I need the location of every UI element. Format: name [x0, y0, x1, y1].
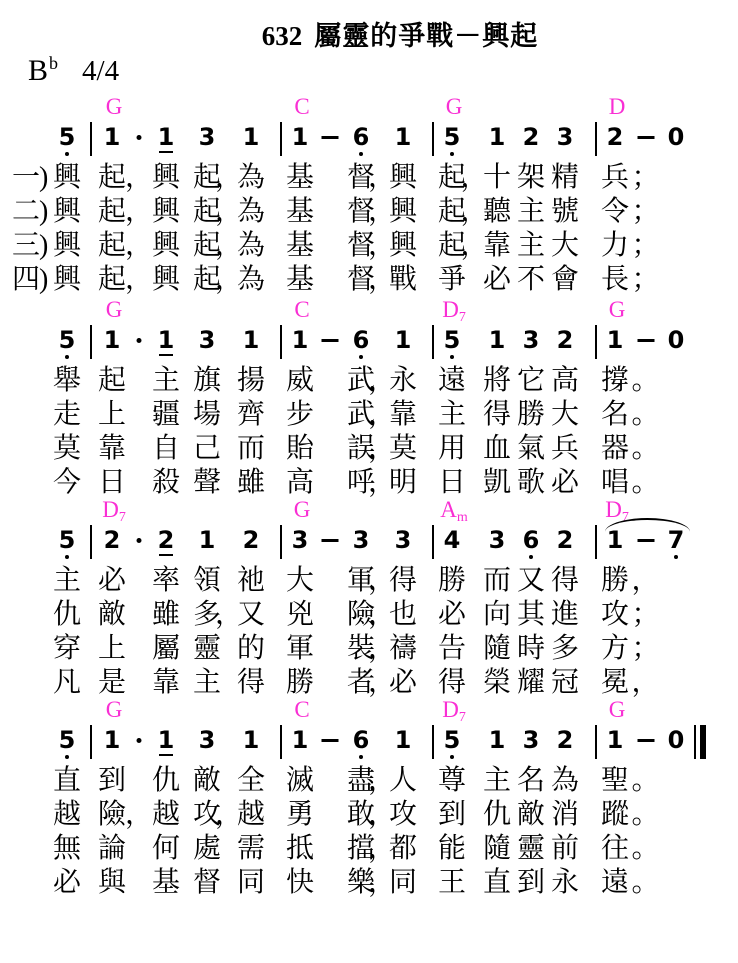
lyric-syllable: 時	[517, 633, 545, 665]
eighth-underline	[159, 354, 173, 356]
chord: G	[294, 498, 311, 521]
low-octave-dot	[65, 555, 69, 559]
lyric-syllable: 冕	[601, 667, 629, 699]
lyric-syllable: 靠	[98, 433, 126, 465]
lyric-punctuation: 。	[632, 365, 660, 397]
lyric-syllable: 興	[53, 264, 81, 296]
lyric-punctuation: ，	[125, 799, 153, 831]
lyric-syllable: 必	[483, 264, 511, 296]
lyric-syllable: 興	[389, 162, 417, 194]
hymn-title-text: 屬靈的爭戰－興起	[314, 21, 538, 51]
low-octave-dot	[450, 355, 454, 359]
note: 1	[197, 528, 217, 552]
lyric-syllable: 今	[53, 467, 81, 499]
chord-root: G	[609, 297, 626, 322]
lyric-syllable: 禱	[389, 633, 417, 665]
lyric-syllable: 興	[53, 162, 81, 194]
lyric-syllable: 興	[389, 230, 417, 262]
note: 5	[442, 125, 462, 149]
barline	[90, 725, 92, 759]
key-signature: Bb4/4	[28, 54, 119, 88]
note: 1	[241, 328, 261, 352]
note: 4	[442, 528, 462, 552]
lyric-syllable: 精	[551, 162, 579, 194]
lyric-syllable: 架	[517, 162, 545, 194]
lyric-syllable: 靈	[517, 833, 545, 865]
note: 2	[555, 328, 575, 352]
lyric-syllable: 而	[483, 565, 511, 597]
lyric-syllable: 力	[601, 230, 629, 262]
note: 3	[393, 528, 413, 552]
note: 2	[605, 125, 625, 149]
lyric-syllable: 基	[286, 230, 314, 262]
chord: G	[609, 298, 626, 321]
lyric-syllable: 與	[98, 867, 126, 899]
lyric-syllable: 高	[551, 365, 579, 397]
rest-note: 0	[666, 728, 686, 752]
lyric-syllable: 攻	[389, 799, 417, 831]
lyric-syllable: 得	[551, 565, 579, 597]
note: 3	[197, 728, 217, 752]
lyric-syllable: 起	[98, 230, 126, 262]
lyric-syllable: 又	[517, 565, 545, 597]
lyric-syllable: 撐	[601, 365, 629, 397]
note: 6	[351, 125, 371, 149]
lyric-syllable: 步	[286, 399, 314, 431]
lyric-syllable: 唱	[601, 467, 629, 499]
lyric-syllable: 率	[152, 565, 180, 597]
lyric-syllable: 耀	[517, 667, 545, 699]
duration-dash	[322, 739, 339, 742]
lyric-syllable: 都	[389, 833, 417, 865]
lyric-syllable: 兵	[601, 162, 629, 194]
lyric-syllable: 無	[53, 833, 81, 865]
note: 3	[197, 125, 217, 149]
lyric-syllable: 屬	[152, 633, 180, 665]
barline	[432, 122, 434, 156]
chord: Am	[440, 498, 468, 525]
lyric-syllable: 榮	[483, 667, 511, 699]
lyric-syllable: 莫	[53, 433, 81, 465]
duration-dash	[322, 539, 339, 542]
lyric-syllable: 靠	[483, 230, 511, 262]
lyric-syllable: 王	[438, 867, 466, 899]
lyric-punctuation: 。	[632, 467, 660, 499]
lyric-syllable: 聖	[601, 765, 629, 797]
low-octave-dot	[65, 755, 69, 759]
lyric-syllable: 告	[438, 633, 466, 665]
lyric-syllable: 起	[98, 196, 126, 228]
barline	[90, 325, 92, 359]
lyric-syllable: 上	[98, 633, 126, 665]
lyric-syllable: 明	[389, 467, 417, 499]
lyric-syllable: 用	[438, 433, 466, 465]
lyric-syllable: 殺	[152, 467, 180, 499]
chord-root: D	[442, 297, 459, 322]
chord-root: D	[609, 94, 626, 119]
lyric-punctuation: ，	[632, 565, 660, 597]
note: 1	[290, 125, 310, 149]
eighth-underline	[159, 151, 173, 153]
lyric-punctuation: ；	[632, 230, 660, 262]
lyric-syllable: 越	[152, 799, 180, 831]
note: 2	[521, 125, 541, 149]
lyric-syllable: 起	[98, 365, 126, 397]
note: 1	[605, 328, 625, 352]
lyric-punctuation: 。	[632, 833, 660, 865]
chord: G	[106, 698, 123, 721]
note: 1	[290, 728, 310, 752]
lyric-syllable: 主	[53, 565, 81, 597]
lyric-syllable: 戰	[389, 264, 417, 296]
lyric-syllable: 名	[517, 765, 545, 797]
chord: G	[446, 95, 463, 118]
note: 2	[241, 528, 261, 552]
note: 6	[521, 528, 541, 552]
lyric-punctuation: ；	[632, 599, 660, 631]
low-octave-dot	[674, 555, 678, 559]
lyric-syllable: 到	[98, 765, 126, 797]
lyric-syllable: 基	[286, 196, 314, 228]
lyric-syllable: 興	[152, 264, 180, 296]
hymn-sheet-page: 632屬靈的爭戰－興起 Bb4/4 GCGD51131161512320一)興起…	[0, 0, 738, 963]
stanza-number: 四)	[12, 264, 47, 296]
lyric-syllable: 越	[237, 799, 265, 831]
lyric-syllable: 仇	[152, 765, 180, 797]
note: 2	[156, 528, 176, 552]
lyric-syllable: 尊	[438, 765, 466, 797]
lyric-syllable: 爭	[438, 264, 466, 296]
lyric-syllable: 兵	[551, 433, 579, 465]
lyric-syllable: 方	[601, 633, 629, 665]
rest-note: 0	[666, 328, 686, 352]
lyric-syllable: 名	[601, 399, 629, 431]
lyric-syllable: 興	[152, 230, 180, 262]
lyric-syllable: 主	[193, 667, 221, 699]
lyric-syllable: 基	[286, 162, 314, 194]
lyric-syllable: 攻	[601, 599, 629, 631]
low-octave-dot	[65, 355, 69, 359]
lyric-syllable: 敵	[517, 799, 545, 831]
lyric-syllable: 向	[483, 599, 511, 631]
lyric-syllable: 雖	[237, 467, 265, 499]
lyric-syllable: 敵	[98, 599, 126, 631]
chord: C	[294, 95, 309, 118]
barline	[280, 725, 282, 759]
note: 6	[351, 728, 371, 752]
lyric-punctuation: ；	[632, 264, 660, 296]
rest-note: 0	[666, 125, 686, 149]
eighth-underline	[159, 554, 173, 556]
lyric-punctuation: 。	[632, 399, 660, 431]
barline	[432, 325, 434, 359]
lyric-syllable: 大	[551, 230, 579, 262]
low-octave-dot	[359, 755, 363, 759]
lyric-syllable: 場	[193, 399, 221, 431]
lyric-syllable: 穿	[53, 633, 81, 665]
lyric-syllable: 主	[483, 765, 511, 797]
lyric-syllable: 莫	[389, 433, 417, 465]
time-signature: 4/4	[82, 55, 119, 87]
lyric-syllable: 靈	[193, 633, 221, 665]
note: 5	[442, 328, 462, 352]
lyric-syllable: 隨	[483, 633, 511, 665]
lyric-syllable: 敵	[193, 765, 221, 797]
lyric-syllable: 會	[551, 264, 579, 296]
note: 5	[57, 328, 77, 352]
lyric-syllable: 氣	[517, 433, 545, 465]
note: 2	[555, 728, 575, 752]
lyric-syllable: 需	[237, 833, 265, 865]
lyric-syllable: 抵	[286, 833, 314, 865]
lyric-syllable: 滅	[286, 765, 314, 797]
lyric-syllable: 興	[53, 230, 81, 262]
lyric-syllable: 靠	[152, 667, 180, 699]
barline	[90, 122, 92, 156]
note: 1	[393, 728, 413, 752]
lyric-syllable: 領	[193, 565, 221, 597]
chord-quality-sub: 7	[119, 510, 126, 525]
chord: G	[106, 95, 123, 118]
lyric-syllable: 將	[483, 365, 511, 397]
barline	[432, 725, 434, 759]
barline	[595, 325, 597, 359]
note: 1	[241, 728, 261, 752]
lyric-syllable: 興	[152, 162, 180, 194]
lyric-syllable: 遠	[438, 365, 466, 397]
lyric-syllable: 到	[517, 867, 545, 899]
note: 1	[241, 125, 261, 149]
note: 1	[102, 728, 122, 752]
chord-quality-sub: 7	[459, 710, 466, 725]
chord-root: G	[106, 297, 123, 322]
lyric-syllable: 它	[517, 365, 545, 397]
lyric-syllable: 仇	[53, 599, 81, 631]
lyric-syllable: 得	[438, 667, 466, 699]
lyric-syllable: 必	[98, 565, 126, 597]
chord-root: G	[106, 94, 123, 119]
barline	[595, 725, 597, 759]
chord-root: A	[440, 497, 457, 522]
note: 1	[102, 125, 122, 149]
barline	[595, 525, 597, 559]
chord-root: G	[294, 497, 311, 522]
lyric-syllable: 己	[193, 433, 221, 465]
lyric-syllable: 勝	[286, 667, 314, 699]
key-accidental-flat: b	[49, 53, 58, 73]
lyric-syllable: 多	[551, 633, 579, 665]
lyric-syllable: 日	[438, 467, 466, 499]
duration-dash	[638, 136, 655, 139]
lyric-syllable: 凱	[483, 467, 511, 499]
chord-root: C	[294, 697, 309, 722]
duration-dash	[638, 339, 655, 342]
note: 1	[290, 328, 310, 352]
lyric-syllable: 不	[517, 264, 545, 296]
augmentation-dot	[137, 538, 142, 543]
hymn-number: 632	[262, 21, 303, 51]
lyric-punctuation: ；	[632, 633, 660, 665]
note: 1	[102, 328, 122, 352]
lyric-syllable: 遠	[601, 867, 629, 899]
lyric-punctuation: ，	[632, 667, 660, 699]
lyric-syllable: 上	[98, 399, 126, 431]
lyric-syllable: 越	[53, 799, 81, 831]
note: 2	[555, 528, 575, 552]
lyric-syllable: 往	[601, 833, 629, 865]
note: 2	[102, 528, 122, 552]
note: 6	[351, 328, 371, 352]
low-octave-dot	[450, 755, 454, 759]
lyric-syllable: 處	[193, 833, 221, 865]
lyric-syllable: 軍	[286, 633, 314, 665]
lyric-syllable: 隨	[483, 833, 511, 865]
stanza-number: 一)	[12, 162, 47, 194]
low-octave-dot	[529, 555, 533, 559]
lyric-syllable: 主	[517, 196, 545, 228]
lyric-syllable: 興	[389, 196, 417, 228]
lyric-syllable: 蹤	[601, 799, 629, 831]
lyric-syllable: 高	[286, 467, 314, 499]
chord-root: D	[605, 497, 622, 522]
lyric-syllable: 為	[237, 196, 265, 228]
lyric-punctuation: ，	[125, 264, 153, 296]
note: 1	[487, 125, 507, 149]
lyric-syllable: 直	[483, 867, 511, 899]
low-octave-dot	[359, 355, 363, 359]
chord-root: D	[102, 497, 119, 522]
lyric-syllable: 走	[53, 399, 81, 431]
lyric-syllable: 祂	[237, 565, 265, 597]
lyric-syllable: 起	[98, 264, 126, 296]
lyric-syllable: 全	[237, 765, 265, 797]
lyric-syllable: 勝	[517, 399, 545, 431]
lyric-syllable: 督	[193, 867, 221, 899]
lyric-punctuation: 。	[632, 867, 660, 899]
lyric-syllable: 興	[53, 196, 81, 228]
lyric-syllable: 聽	[483, 196, 511, 228]
lyric-syllable: 基	[286, 264, 314, 296]
lyric-syllable: 基	[152, 867, 180, 899]
key-letter: B	[28, 54, 48, 87]
lyric-syllable: 論	[98, 833, 126, 865]
lyric-syllable: 消	[551, 799, 579, 831]
lyric-punctuation: ，	[125, 196, 153, 228]
lyric-syllable: 歌	[517, 467, 545, 499]
note: 1	[156, 125, 176, 149]
lyric-syllable: 令	[601, 196, 629, 228]
note: 1	[156, 328, 176, 352]
barline	[280, 525, 282, 559]
lyric-syllable: 揚	[237, 365, 265, 397]
chord-root: G	[446, 94, 463, 119]
lyric-syllable: 何	[152, 833, 180, 865]
lyric-syllable: 雖	[152, 599, 180, 631]
note: 3	[487, 528, 507, 552]
lyric-syllable: 永	[551, 867, 579, 899]
lyric-syllable: 主	[438, 399, 466, 431]
augmentation-dot	[137, 338, 142, 343]
lyric-syllable: 器	[601, 433, 629, 465]
lyric-syllable: 必	[53, 867, 81, 899]
chord: D	[609, 95, 626, 118]
low-octave-dot	[359, 152, 363, 156]
barline	[595, 122, 597, 156]
lyric-syllable: 也	[389, 599, 417, 631]
lyric-syllable: 得	[389, 565, 417, 597]
lyric-syllable: 的	[237, 633, 265, 665]
lyric-syllable: 必	[551, 467, 579, 499]
lyric-syllable: 得	[483, 399, 511, 431]
note: 5	[57, 528, 77, 552]
stanza-number: 三)	[12, 230, 47, 262]
lyric-syllable: 必	[389, 667, 417, 699]
note: 3	[521, 728, 541, 752]
barline	[280, 122, 282, 156]
lyric-syllable: 兇	[286, 599, 314, 631]
lyric-syllable: 大	[551, 399, 579, 431]
lyric-syllable: 號	[551, 196, 579, 228]
lyric-syllable: 到	[438, 799, 466, 831]
lyric-punctuation: ，	[125, 230, 153, 262]
lyric-syllable: 快	[286, 867, 314, 899]
lyric-punctuation: ，	[125, 162, 153, 194]
note: 3	[290, 528, 310, 552]
stanza-number: 二)	[12, 196, 47, 228]
lyric-punctuation: ；	[632, 162, 660, 194]
barline	[432, 525, 434, 559]
lyric-punctuation: 。	[632, 799, 660, 831]
lyric-syllable: 血	[483, 433, 511, 465]
lyric-syllable: 同	[237, 867, 265, 899]
lyric-syllable: 能	[438, 833, 466, 865]
lyric-syllable: 舉	[53, 365, 81, 397]
lyric-punctuation: 。	[632, 765, 660, 797]
note: 3	[555, 125, 575, 149]
note: 1	[393, 125, 413, 149]
note: 1	[393, 328, 413, 352]
duration-dash	[638, 739, 655, 742]
lyric-syllable: 而	[237, 433, 265, 465]
lyric-syllable: 勇	[286, 799, 314, 831]
final-barline	[694, 725, 696, 759]
lyric-syllable: 自	[152, 433, 180, 465]
note: 3	[521, 328, 541, 352]
lyric-syllable: 同	[389, 867, 417, 899]
note: 5	[57, 125, 77, 149]
chord-root: C	[294, 94, 309, 119]
lyric-syllable: 疆	[152, 399, 180, 431]
lyric-syllable: 險	[98, 799, 126, 831]
duration-dash	[322, 136, 339, 139]
lyric-syllable: 其	[517, 599, 545, 631]
lyric-syllable: 永	[389, 365, 417, 397]
lyric-syllable: 靠	[389, 399, 417, 431]
note: 1	[487, 328, 507, 352]
lyric-syllable: 威	[286, 365, 314, 397]
note: 1	[487, 728, 507, 752]
lyric-syllable: 旗	[193, 365, 221, 397]
final-barline-thick	[700, 725, 706, 759]
chord: C	[294, 698, 309, 721]
lyric-punctuation: ；	[632, 196, 660, 228]
lyric-syllable: 十	[483, 162, 511, 194]
chord-root: C	[294, 297, 309, 322]
lyric-syllable: 主	[517, 230, 545, 262]
lyric-syllable: 凡	[53, 667, 81, 699]
lyric-syllable: 人	[389, 765, 417, 797]
lyric-syllable: 起	[98, 162, 126, 194]
